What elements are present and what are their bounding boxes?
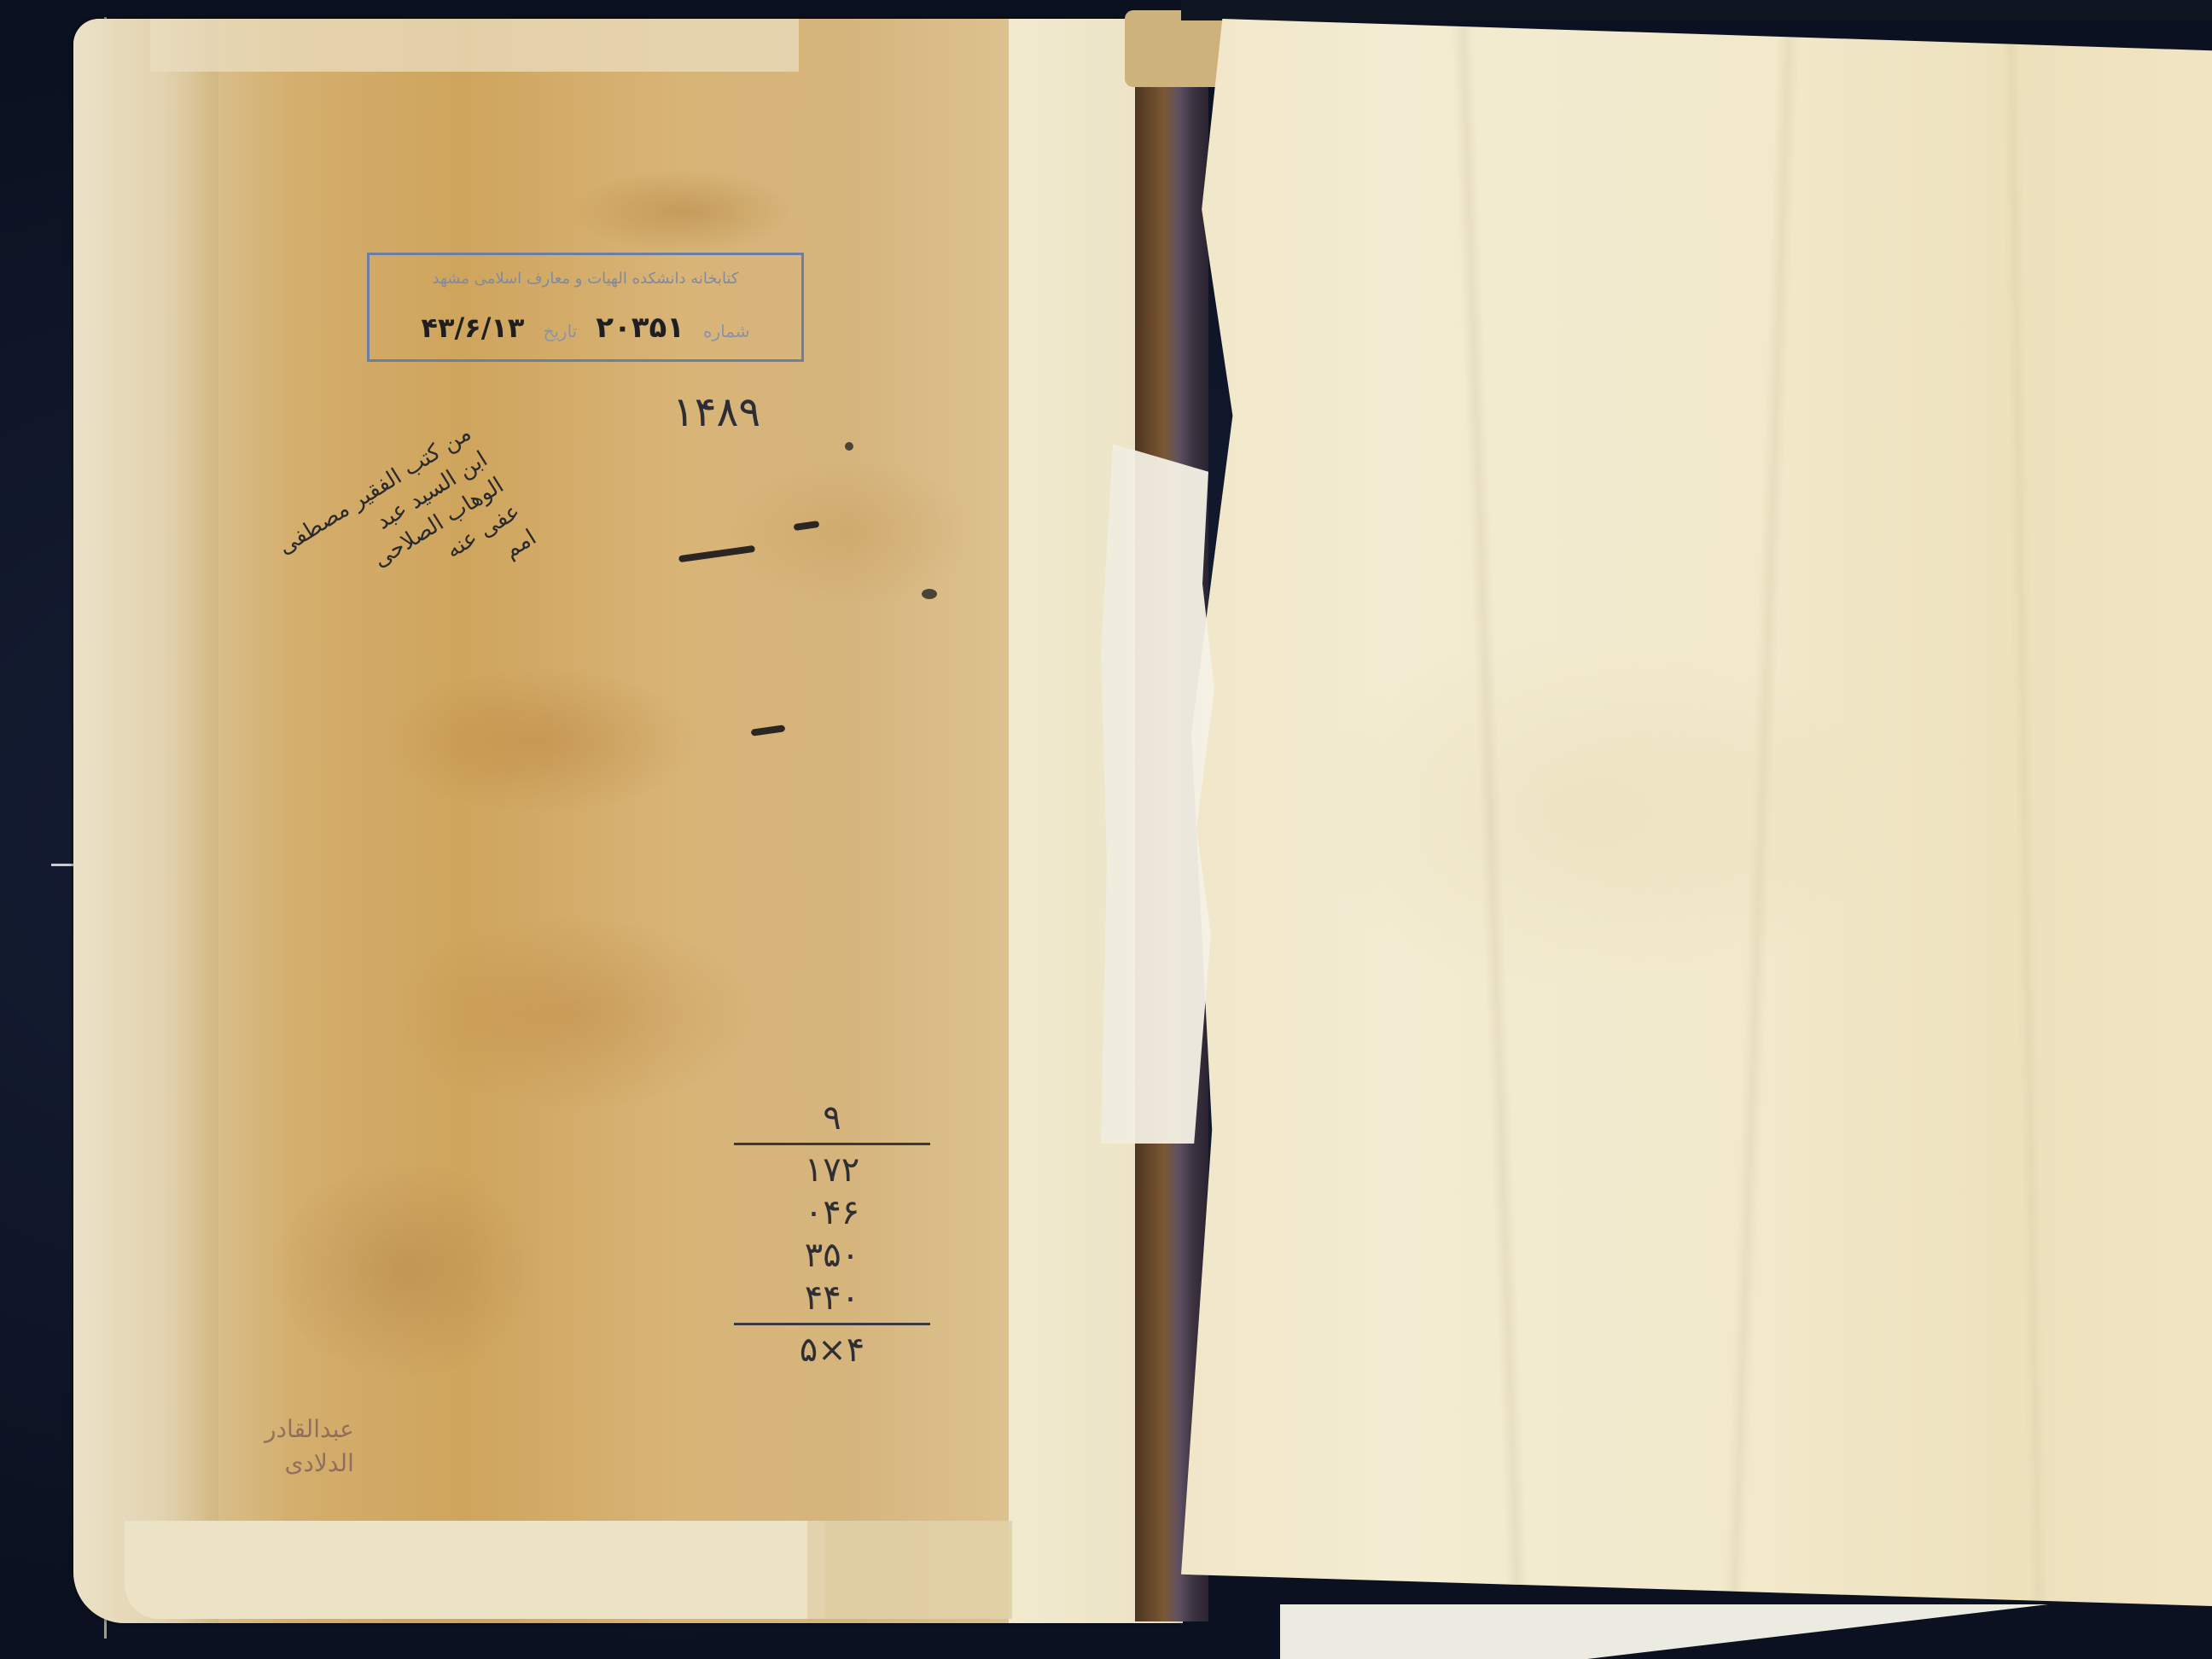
calc-line: ۳۵۰: [734, 1234, 930, 1277]
stamp-row: شماره ۲۰۳۵۱ تاریخ ۴۳/۶/۱۳: [378, 311, 793, 345]
stamp-date-label: تاریخ: [543, 321, 577, 341]
ink-dot: [845, 442, 853, 451]
handwritten-calculation: ۹ ۱۷۲ ۰۴۶ ۳۵۰ ۴۴۰ ۴×۵: [734, 1097, 930, 1371]
repair-tape-bottom-right: [807, 1521, 1012, 1619]
calc-rule: [734, 1143, 930, 1145]
endpaper-page: [1181, 19, 2212, 1606]
repair-tape-top: [150, 19, 799, 72]
stamp-title: کتابخانه دانشکده الهیات و معارف اسلامی م…: [433, 270, 739, 288]
calc-line: ۴۴۰: [734, 1277, 930, 1319]
calc-line: ۱۷۲: [734, 1149, 930, 1191]
faded-line: الدلادی: [265, 1447, 354, 1481]
repair-tape-left: [73, 19, 218, 1623]
library-stamp: کتابخانه دانشکده الهیات و معارف اسلامی م…: [367, 253, 804, 362]
faded-line: عبدالقادر: [265, 1412, 354, 1447]
calc-result: ۴×۵: [734, 1329, 930, 1371]
stamp-date: ۴۳/۶/۱۳: [421, 311, 524, 344]
back-board-edge: [1181, 0, 2212, 20]
stamp-number: ۲۰۳۵۱: [596, 311, 684, 345]
calc-line: ۰۴۶: [734, 1191, 930, 1234]
calc-line: ۹: [734, 1097, 930, 1139]
calc-rule: [734, 1323, 930, 1325]
spine-headband: [1125, 10, 1227, 87]
ink-blot: [922, 589, 937, 599]
accession-number: ۱۴۸۹: [672, 388, 760, 436]
faded-inscription: عبدالقادر الدلادی: [265, 1412, 354, 1481]
stamp-number-label: شماره: [703, 321, 750, 341]
repair-tape-bottom: [125, 1521, 824, 1619]
